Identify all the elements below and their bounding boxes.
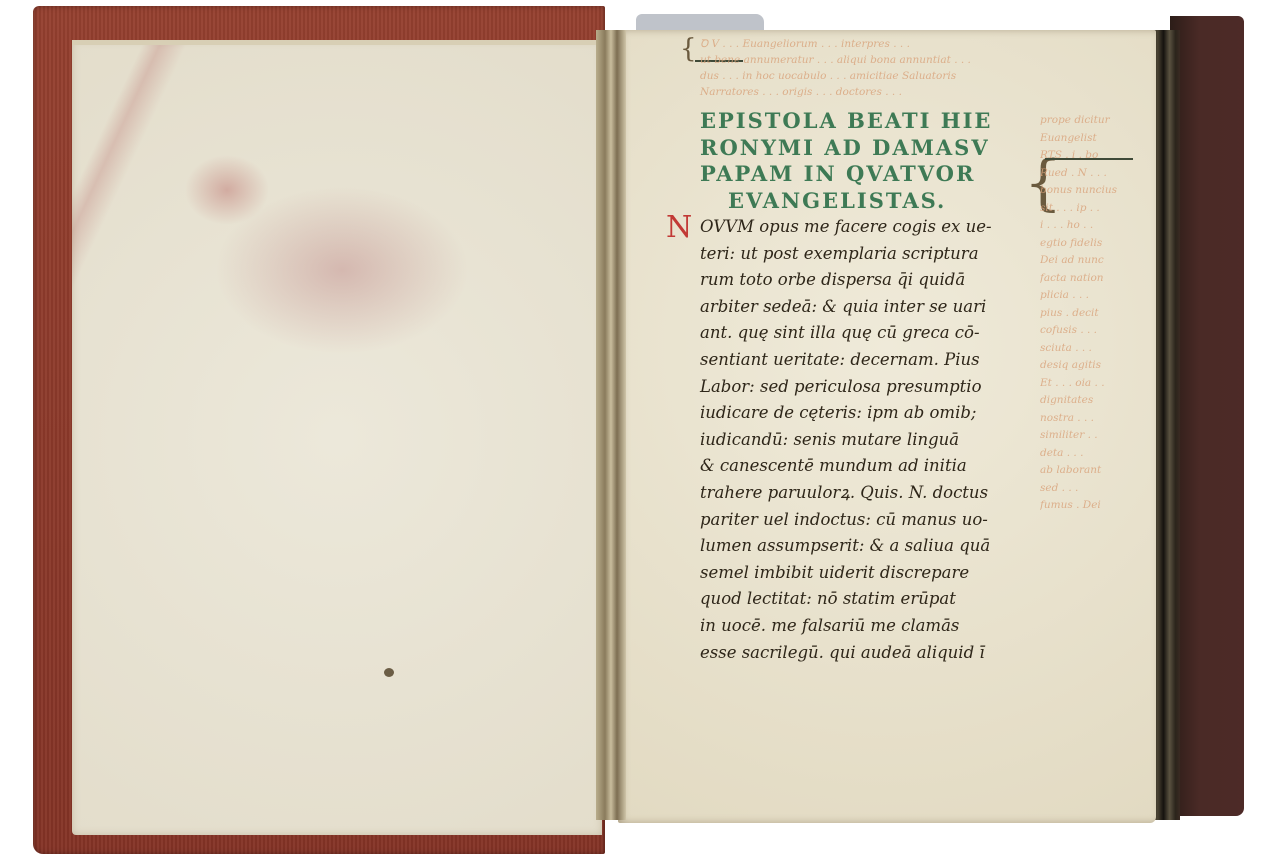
text-line: ant. quę sint illa quę cū greca cō- [700, 320, 1045, 347]
text-line: trahere paruulorꝝ. Quis. N. doctus [700, 480, 1045, 507]
text-line: teri: ut post exemplaria scriptura [700, 241, 1045, 268]
text-line: iudicare de cęteris: ipm ab omib; [700, 400, 1045, 427]
text-line: esse sacrilegū. qui audeā aliquid ī [700, 640, 1045, 667]
ink-spot [384, 668, 394, 677]
marginalia-line: desiq agitis [1040, 357, 1150, 375]
marginalia-line: fumus . Dei [1040, 497, 1150, 515]
marginalia-line: Narratores . . . origis . . . doctores .… [700, 84, 1155, 100]
marginalia-top: Ꝺ V . . . Euangeliorum . . . interpres .… [700, 36, 1155, 100]
marginalia-line: nostra . . . [1040, 410, 1150, 428]
marginalia-line: sciuta . . . [1040, 340, 1150, 358]
text-line: Labor: sed periculosa presumptio [700, 374, 1045, 401]
left-flyleaf-page [72, 40, 602, 835]
title-line: PAPAM IN QVATVOR [700, 161, 1040, 188]
marginalia-side: prope dicitur Euangelist RTS . i . bo Ru… [1040, 112, 1150, 515]
marginalia-line: plicia . . . [1040, 287, 1150, 305]
marginalia-line: Ꝺ V . . . Euangeliorum . . . interpres .… [700, 36, 1155, 52]
marginalia-line: dignitates [1040, 392, 1150, 410]
gutter-spine [596, 30, 626, 820]
marginalia-line: egtio fidelis [1040, 235, 1150, 253]
title-line: EVANGELISTAS. [700, 188, 1040, 215]
text-line: sentiant ueritate: decernam. Pius [700, 347, 1045, 374]
leather-turn-in [72, 40, 602, 45]
red-initial: N [666, 210, 692, 245]
marginalia-line: deta . . . [1040, 445, 1150, 463]
marginalia-line: i . . . ho . . [1040, 217, 1150, 235]
marginalia-line: ab laborant [1040, 462, 1150, 480]
marginalia-line: prope dicitur [1040, 112, 1150, 130]
text-line: semel imbibit uiderit discrepare [700, 560, 1045, 587]
marginalia-line: cofusis . . . [1040, 322, 1150, 340]
text-line: arbiter sedeā: & quia inter se uari [700, 294, 1045, 321]
text-line: & canescentē mundum ad initia [700, 453, 1045, 480]
marginalia-line: Rued . N . . . [1040, 165, 1150, 183]
marginalia-line: pius . decit [1040, 305, 1150, 323]
right-cover-board [1170, 16, 1244, 816]
marginalia-line: Et . . . oia . . [1040, 375, 1150, 393]
marginalia-line: bonus nuncius [1040, 182, 1150, 200]
marginalia-line: ut bene annumeratur . . . aliqui bona an… [700, 52, 1155, 68]
marginalia-line: sed . . . [1040, 480, 1150, 498]
text-line: in uocē. me falsariū me clamās [700, 613, 1045, 640]
main-text-block: OVVM opus me facere cogis ex ue- teri: u… [700, 214, 1045, 666]
title-line: EPISTOLA BEATI HIE [700, 108, 1040, 135]
text-line: iudicandū: senis mutare linguā [700, 427, 1045, 454]
marginalia-line: dus . . . in hoc uocabulo . . . amicitia… [700, 68, 1155, 84]
title-line: RONYMI AD DAMASV [700, 135, 1040, 162]
marginalia-line: Euangelist [1040, 130, 1150, 148]
marginalia-line: sit . . . ip . . [1040, 200, 1150, 218]
text-line: pariter uel indoctus: cū manus uo- [700, 507, 1045, 534]
rubric-title: EPISTOLA BEATI HIE RONYMI AD DAMASV PAPA… [700, 108, 1040, 214]
marginalia-line: facta nation [1040, 270, 1150, 288]
marginalia-line: similiter . . [1040, 427, 1150, 445]
text-line: rum toto orbe dispersa q̄i quidā [700, 267, 1045, 294]
marginalia-line: Dei ad nunc [1040, 252, 1150, 270]
marginalia-line: RTS . i . bo [1040, 147, 1150, 165]
text-line: lumen assumpserit: & a saliua quā [700, 533, 1045, 560]
text-line: quod lectitat: nō statim erūpat [700, 586, 1045, 613]
text-line: OVVM opus me facere cogis ex ue- [700, 214, 1045, 241]
